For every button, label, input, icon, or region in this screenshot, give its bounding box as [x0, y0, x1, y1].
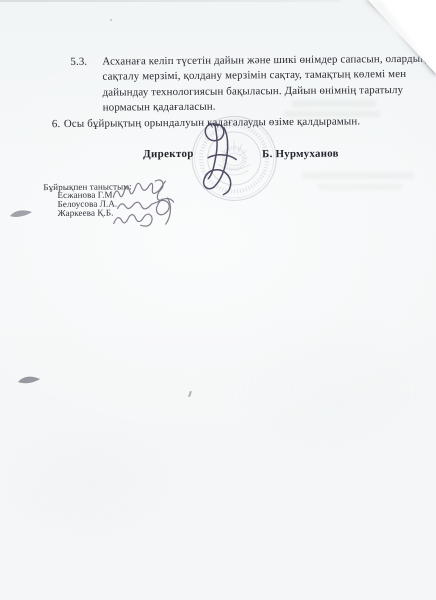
director-signature — [194, 115, 263, 196]
pen-mark — [16, 374, 42, 386]
director-name: Б. Нурмуханов — [262, 148, 339, 161]
pen-mark — [9, 208, 35, 220]
folded-corner — [356, 0, 436, 92]
clause-number: 5.3. — [70, 55, 87, 71]
director-title: Директор — [143, 148, 194, 160]
scan-speck — [110, 19, 112, 21]
acknowledgement-signatures — [105, 178, 193, 231]
scanned-document-page: 5.3. Асханаға келіп түсетін дайын және ш… — [0, 0, 436, 600]
clause-number: 6. — [52, 116, 61, 131]
